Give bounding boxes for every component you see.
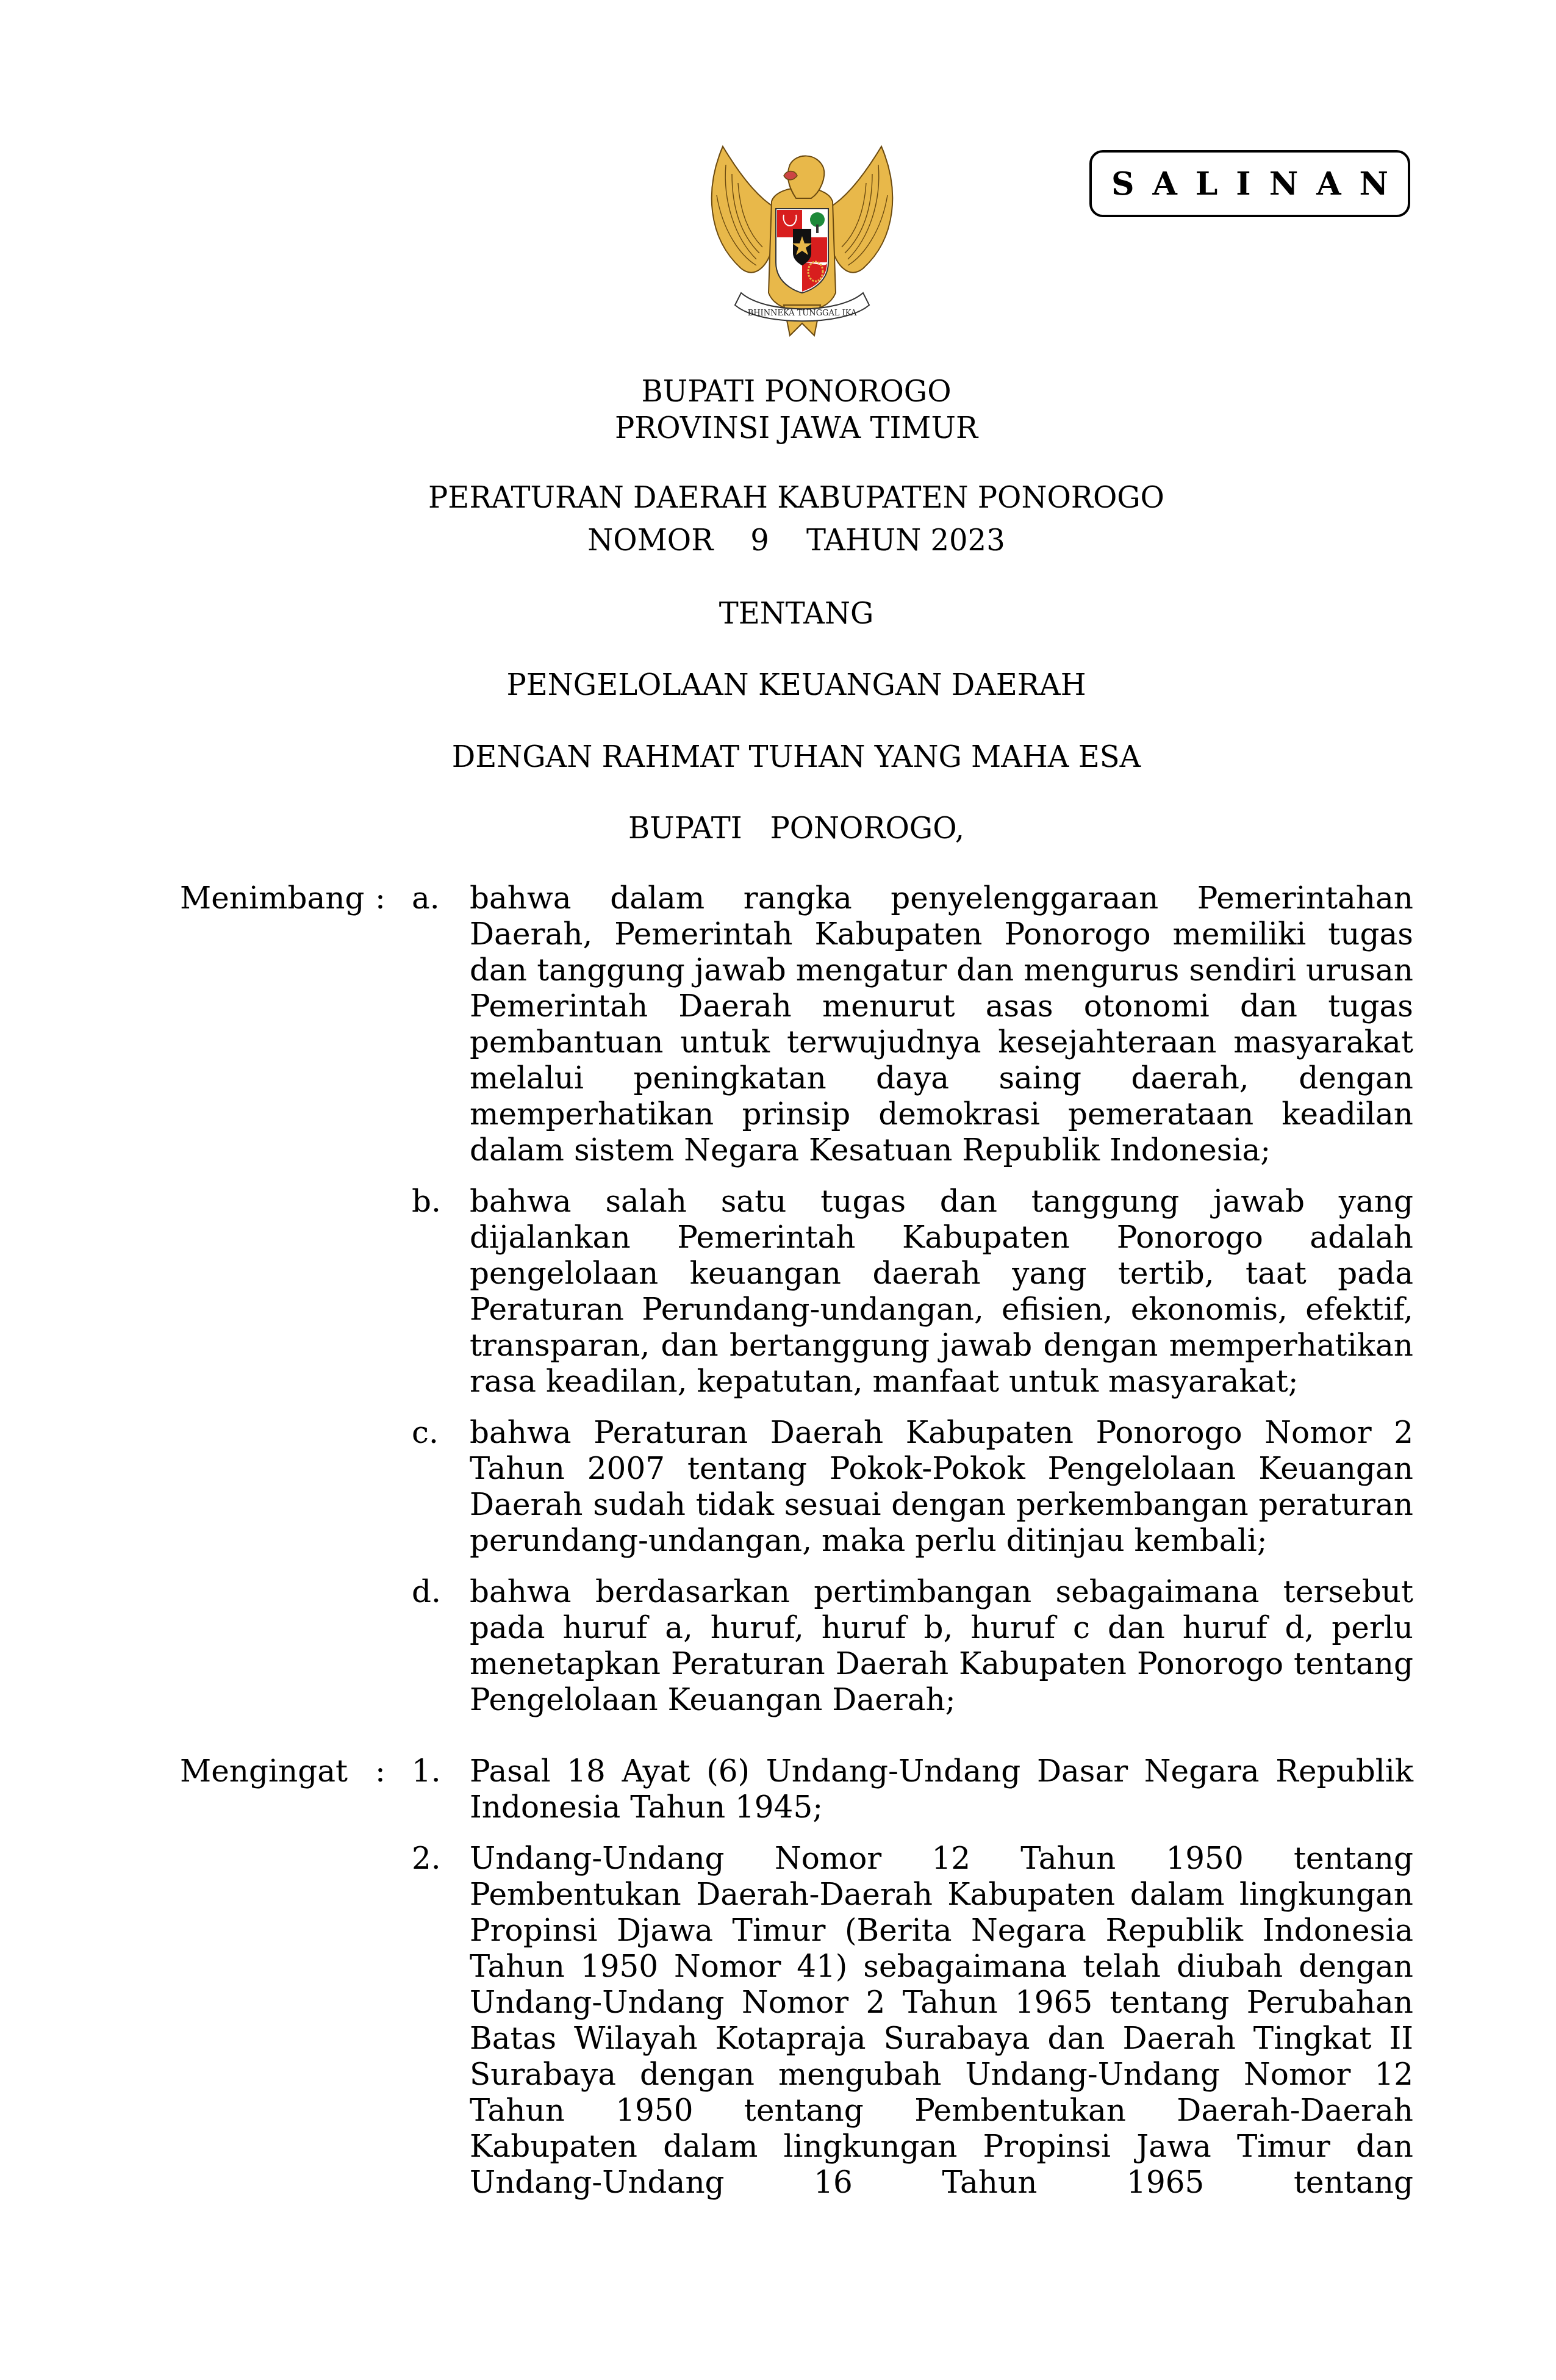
list-marker: a.: [412, 880, 470, 1168]
list-marker: d.: [412, 1574, 470, 1718]
list-item: Undang-Undang Nomor 12 Tahun 1950 tentan…: [470, 1841, 1413, 2201]
mengingat-section: Mengingat : 1. Pasal 18 Ayat (6) Undang-…: [180, 1753, 1413, 2201]
document-page: BHINNEKA TUNGGAL IKA SALINAN BUPATI PONO…: [0, 0, 1556, 2380]
emblem-motto: BHINNEKA TUNGGAL IKA: [748, 309, 857, 318]
list-marker: 1.: [412, 1753, 470, 1825]
preamble-invocation: DENGAN RAHMAT TUHAN YANG MAHA ESA: [0, 739, 1556, 775]
regulation-subject: PENGELOLAAN KEUANGAN DAERAH: [0, 667, 1556, 703]
province-title: PROVINSI JAWA TIMUR: [0, 410, 1556, 447]
list-item: bahwa dalam rangka penyelenggaraan Pemer…: [470, 880, 1413, 1168]
list-marker: c.: [412, 1415, 470, 1559]
menimbang-section: Menimbang : a. bahwa dalam rangka penyel…: [180, 880, 1413, 1718]
regulation-title: PERATURAN DAERAH KABUPATEN PONOROGO: [0, 480, 1556, 516]
section-colon: :: [375, 880, 412, 1168]
issuer-title: BUPATI PONOROGO: [0, 373, 1556, 410]
section-label: Mengingat: [180, 1753, 375, 1825]
list-item: bahwa Peraturan Daerah Kabupaten Ponorog…: [470, 1415, 1413, 1559]
list-item: bahwa berdasarkan pertimbangan sebagaima…: [470, 1574, 1413, 1718]
list-item: Pasal 18 Ayat (6) Undang-Undang Dasar Ne…: [470, 1753, 1413, 1825]
list-item: bahwa salah satu tugas dan tanggung jawa…: [470, 1184, 1413, 1400]
regulation-body: Menimbang : a. bahwa dalam rangka penyel…: [180, 880, 1413, 2201]
salinan-stamp: SALINAN: [1089, 150, 1410, 217]
list-marker: b.: [412, 1184, 470, 1400]
section-label: Menimbang: [180, 880, 375, 1168]
about-label: TENTANG: [0, 595, 1556, 632]
garuda-pancasila-emblem-icon: BHINNEKA TUNGGAL IKA: [698, 140, 906, 342]
list-marker: 2.: [412, 1841, 470, 2201]
salinan-label: SALINAN: [1111, 165, 1407, 203]
issuer-signature-heading: BUPATI PONOROGO,: [0, 810, 1556, 847]
section-colon: :: [375, 1753, 412, 1825]
regulation-number: NOMOR 9 TAHUN 2023: [0, 522, 1556, 559]
